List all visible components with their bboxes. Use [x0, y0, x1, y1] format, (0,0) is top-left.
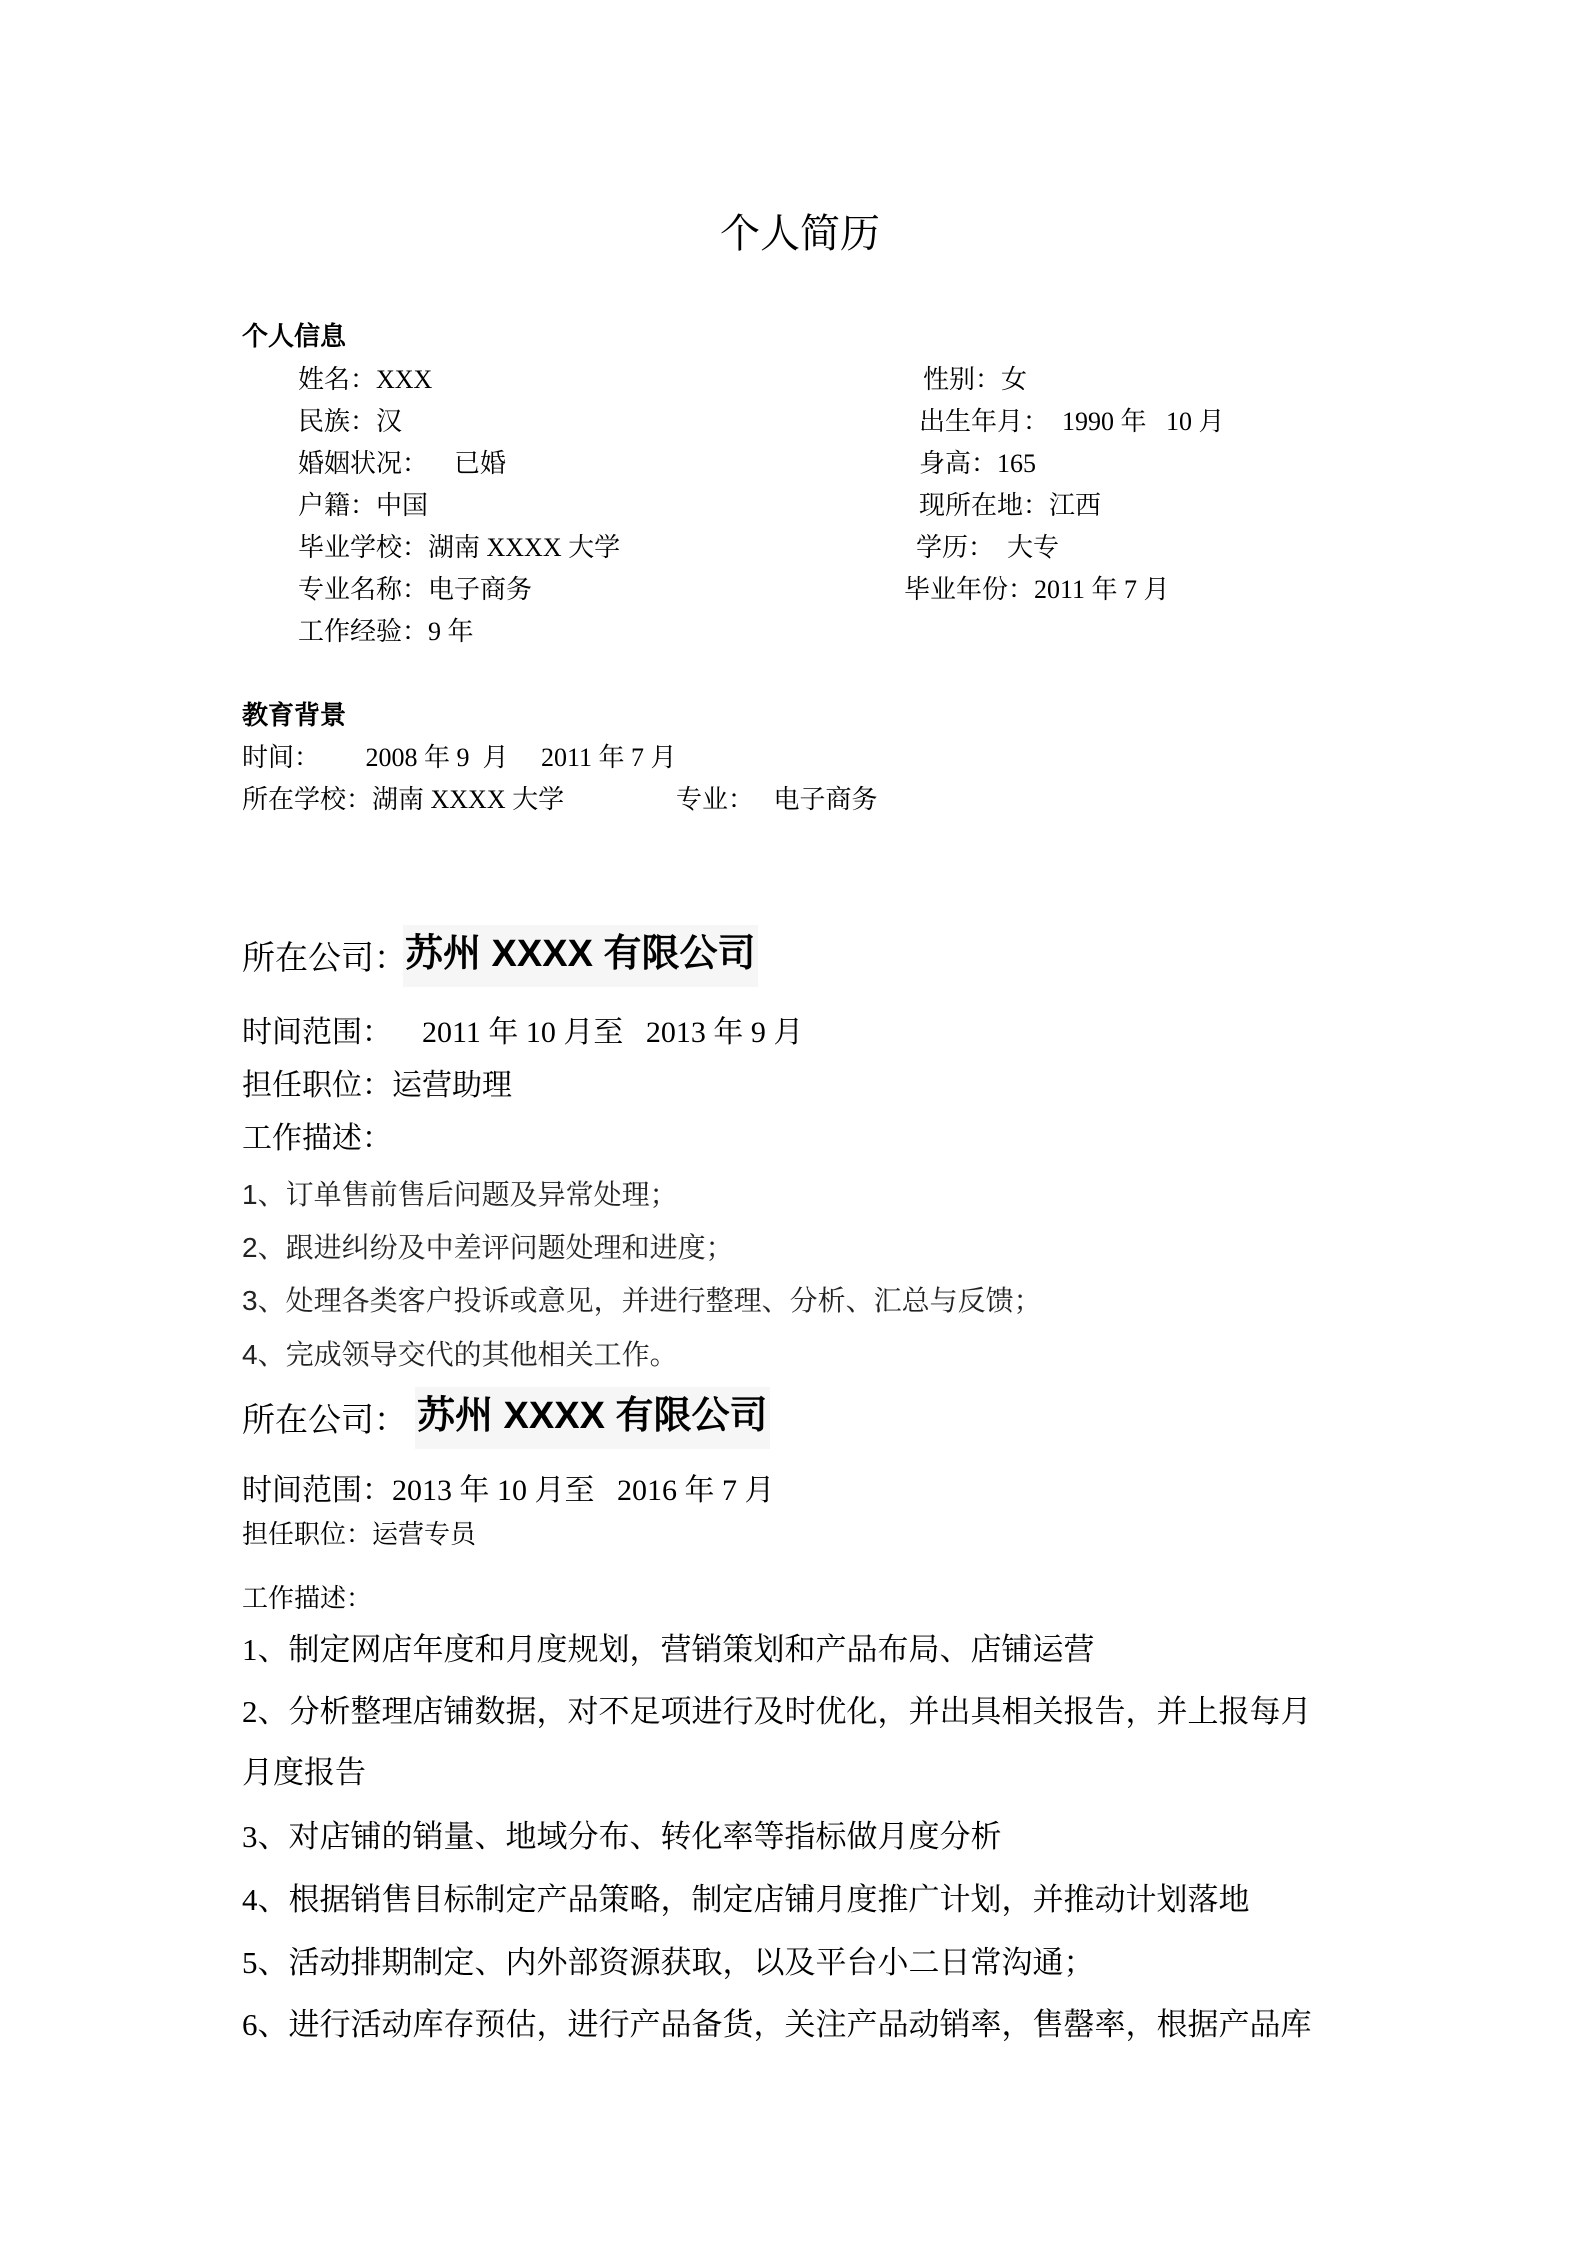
job2-duty-3: 3、对店铺的销量、地域分布、转化率等指标做月度分析 [242, 1821, 1002, 1852]
job2-time: 时间范围：2013 年 10 月至 2016 年 7 月 [242, 1476, 775, 1506]
job2-position: 担任职位：运营专员 [242, 1522, 476, 1548]
job1-duty-3: 3、处理各类客户投诉或意见，并进行整理、分析、汇总与反馈； [242, 1287, 1042, 1315]
info-education-level: 学历： 大专 [916, 535, 1059, 561]
job2-desc-label: 工作描述： [242, 1586, 372, 1612]
job1-duty-2: 2、跟进纠纷及中差评问题处理和进度； [242, 1234, 734, 1262]
education-school: 所在学校：湖南 XXXX 大学 [242, 787, 564, 813]
job1-time: 时间范围： 2011 年 10 月至 2013 年 9 月 [242, 1018, 803, 1048]
job2-company-label: 所在公司： [242, 1405, 407, 1438]
info-experience: 工作经验：9 年 [298, 619, 474, 645]
job2-duty-4: 4、根据销售目标制定产品策略，制定店铺月度推广计划，并推动计划落地 [242, 1884, 1250, 1915]
education-time: 时间： 2008 年 9 月 2011 年 7 月 [242, 745, 677, 771]
job1-company-label: 所在公司： [242, 943, 407, 976]
job2-duty-6: 6、进行活动库存预估，进行产品备货，关注产品动销率，售罄率，根据产品库 [242, 2009, 1312, 2040]
job2-duty-1: 1、制定网店年度和月度规划，营销策划和产品布局、店铺运营 [242, 1634, 1095, 1665]
job2-duty-2-cont: 月度报告 [242, 1757, 366, 1788]
job2-company-name: 苏州 XXXX 有限公司 [415, 1387, 770, 1449]
section-heading-personal-info: 个人信息 [242, 324, 346, 350]
job1-desc-label: 工作描述： [242, 1124, 392, 1154]
info-household: 户籍：中国 [298, 493, 428, 519]
job1-company-name: 苏州 XXXX 有限公司 [403, 925, 758, 987]
job1-position: 担任职位：运营助理 [242, 1071, 512, 1101]
info-school: 毕业学校：湖南 XXXX 大学 [298, 535, 620, 561]
job2-duty-2: 2、分析整理店铺数据，对不足项进行及时优化，并出具相关报告，并上报每月 [242, 1696, 1312, 1727]
info-ethnicity: 民族：汉 [298, 409, 402, 435]
info-graduation-year: 毕业年份：2011 年 7 月 [904, 577, 1170, 603]
info-gender: 性别：女 [923, 367, 1027, 393]
page-title: 个人简历 [720, 214, 880, 254]
info-name: 姓名：XXX [298, 367, 432, 393]
info-birth: 出生年月： 1990 年 10 月 [919, 409, 1225, 435]
info-major: 专业名称：电子商务 [298, 577, 532, 603]
education-major: 专业： 电子商务 [676, 787, 878, 813]
job2-duty-5: 5、活动排期制定、内外部资源获取，以及平台小二日常沟通； [242, 1947, 1095, 1978]
job1-duty-1: 1、订单售前售后问题及异常处理； [242, 1181, 678, 1209]
section-heading-education: 教育背景 [242, 703, 346, 729]
info-marital-status: 婚姻状况： 已婚 [298, 451, 506, 477]
info-location: 现所在地：江西 [919, 493, 1101, 519]
job1-duty-4: 4、完成领导交代的其他相关工作。 [242, 1341, 678, 1369]
info-height: 身高：165 [919, 451, 1036, 477]
